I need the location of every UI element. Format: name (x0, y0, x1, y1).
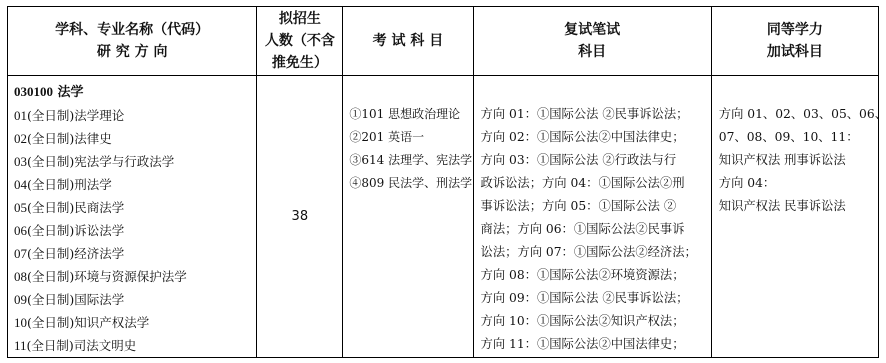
direction-item: 02(全日制)法律史 (14, 127, 256, 150)
direction-item: 10(全日制)知识产权法学 (14, 311, 256, 334)
extra-line: 知识产权法 刑事诉讼法 (719, 149, 872, 172)
extra-line: 方向 01、02、03、05、06、 (719, 103, 872, 126)
header-exam: 考 试 科 目 (343, 7, 473, 76)
header-major: 学科、专业名称（代码） 研 究 方 向 (8, 7, 257, 76)
direction-item: 07(全日制)经济法学 (14, 242, 256, 265)
direction-item: 03(全日制)宪法学与行政法学 (14, 150, 256, 173)
direction-item: 06(全日制)诉讼法学 (14, 219, 256, 242)
header-extra: 同等学力 加试科目 (711, 7, 878, 76)
major-cell: 030100 法学 01(全日制)法学理论 02(全日制)法律史 03(全日制)… (8, 76, 257, 358)
exam-subjects-cell: ①101 思想政治理论 ②201 英语一 ③614 法理学、宪法学 ④809 民… (343, 76, 473, 358)
header-row: 学科、专业名称（代码） 研 究 方 向 拟招生 人数（不含 推免生） 考 试 科… (8, 7, 879, 76)
direction-item: 01(全日制)法学理论 (14, 104, 256, 127)
direction-item: 04(全日制)刑法学 (14, 173, 256, 196)
extra-line: 方向 04： (719, 172, 872, 195)
retest-line: 方向 09：①国际公法 ②民事诉讼法； (481, 287, 705, 310)
retest-line: 政诉讼法；方向 04：①国际公法②刑 (481, 172, 705, 195)
direction-item: 11(全日制)司法文明史 (14, 334, 256, 357)
header-retest-line2: 科目 (474, 41, 711, 63)
retest-line: 方向 08：①国际公法②环境资源法； (481, 264, 705, 287)
retest-line: 方向 02：①国际公法②中国法律史； (481, 126, 705, 149)
header-extra-line1: 同等学力 (712, 19, 878, 41)
header-quota-line3: 推免生） (257, 52, 342, 74)
direction-item: 09(全日制)国际法学 (14, 288, 256, 311)
retest-line: 商法；方向 06：①国际公法②民事诉 (481, 218, 705, 241)
header-extra-line2: 加试科目 (712, 41, 878, 63)
header-quota-line1: 拟招生 (257, 8, 342, 30)
direction-item: 08(全日制)环境与资源保护法学 (14, 265, 256, 288)
header-quota-line2: 人数（不含 (257, 30, 342, 52)
exam-subject-item: ④809 民法学、刑法学 (349, 172, 472, 195)
header-major-line1: 学科、专业名称（代码） (8, 19, 256, 41)
header-retest-line1: 复试笔试 (474, 19, 711, 41)
header-major-line2: 研 究 方 向 (8, 41, 256, 63)
direction-item: 05(全日制)民商法学 (14, 196, 256, 219)
retest-line: 事诉讼法；方向 05：①国际公法 ② (481, 195, 705, 218)
header-quota: 拟招生 人数（不含 推免生） (257, 7, 343, 76)
retest-line: 方向 11：①国际公法②中国法律史； (481, 333, 705, 356)
header-retest: 复试笔试 科目 (473, 7, 711, 76)
extra-line: 知识产权法 民事诉讼法 (719, 195, 872, 218)
exam-subject-item: ②201 英语一 (349, 126, 472, 149)
equivalent-extra-subjects-cell: 方向 01、02、03、05、06、 07、08、09、10、11： 知识产权法… (711, 76, 878, 358)
header-exam-line1: 考 试 科 目 (343, 30, 472, 52)
major-title: 030100 法学 (14, 85, 84, 100)
exam-subject-item: ①101 思想政治理论 (349, 103, 472, 126)
quota-cell: 38 (257, 76, 343, 358)
major-code: 030100 (14, 84, 53, 99)
extra-line: 07、08、09、10、11： (719, 126, 872, 149)
major-name: 法学 (58, 85, 84, 100)
retest-line: 方向 03：①国际公法 ②行政法与行 (481, 149, 705, 172)
retest-subjects-cell: 方向 01：①国际公法 ②民事诉讼法； 方向 02：①国际公法②中国法律史； 方… (473, 76, 711, 358)
retest-line: 讼法；方向 07：①国际公法②经济法； (481, 241, 705, 264)
retest-line: 方向 10：①国际公法②知识产权法； (481, 310, 705, 333)
retest-line: 方向 01：①国际公法 ②民事诉讼法； (481, 103, 705, 126)
data-row: 030100 法学 01(全日制)法学理论 02(全日制)法律史 03(全日制)… (8, 76, 879, 358)
admission-table: 学科、专业名称（代码） 研 究 方 向 拟招生 人数（不含 推免生） 考 试 科… (7, 6, 879, 358)
exam-subject-item: ③614 法理学、宪法学 (349, 149, 472, 172)
